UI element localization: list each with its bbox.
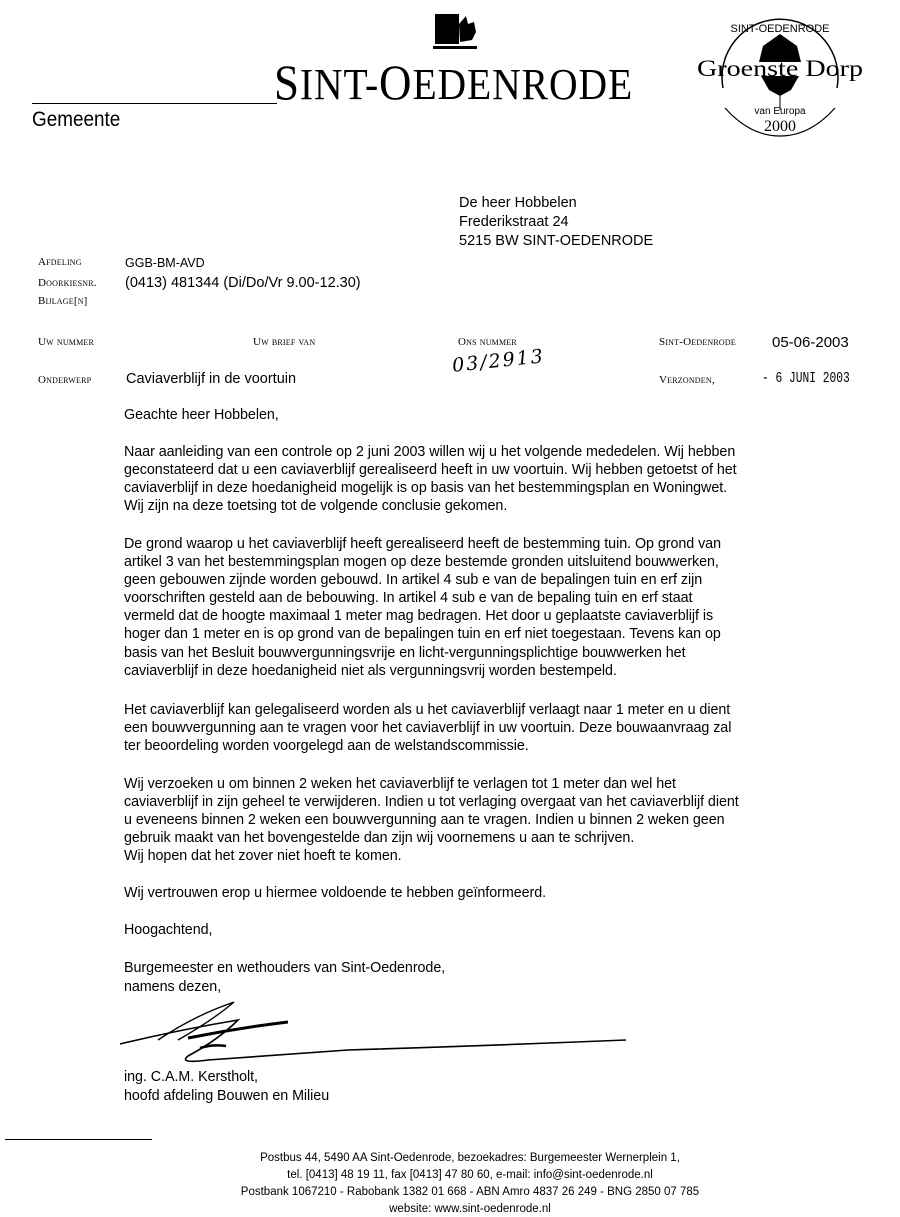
paragraph-3: Het caviaverblijf kan gelegaliseerd word… xyxy=(124,701,864,755)
uw-nummer-label: Uw nummer xyxy=(38,336,94,348)
text-line: Wij verzoeken u om binnen 2 weken het ca… xyxy=(124,775,864,793)
signatory-organisation: Burgemeester en wethouders van Sint-Oede… xyxy=(124,959,864,996)
text-line: een bouwvergunning aan te vragen voor he… xyxy=(124,719,864,737)
text-line: u eveneens binnen 2 weken een bouwvergun… xyxy=(124,811,864,829)
text-line: caviaverblijf in zijn geheel te verwijde… xyxy=(124,793,864,811)
text-line: geen gebouwen zijnde worden gebouwd. In … xyxy=(124,571,864,589)
salutation: Geachte heer Hobbelen, xyxy=(124,406,864,424)
text-line: artikel 3 van het bestemmingsplan mogen … xyxy=(124,553,864,571)
municipality-subtitle: Gemeente xyxy=(32,108,120,132)
place-label: Sint-Oedenrode xyxy=(659,336,736,348)
uw-brief-van-label: Uw brief van xyxy=(253,336,315,348)
ons-nummer-handwritten: 03/2913 xyxy=(451,345,546,377)
letter-date: 05-06-2003 xyxy=(772,334,849,351)
footer-bank-accounts: Postbank 1067210 - Rabobank 1382 01 668 … xyxy=(190,1184,750,1201)
text-line: hoofd afdeling Bouwen en Milieu xyxy=(124,1087,864,1106)
paragraph-5: Wij vertrouwen erop u hiermee voldoende … xyxy=(124,884,864,902)
header-rule xyxy=(32,103,277,104)
signatory-name: ing. C.A.M. Kerstholt, hoofd afdeling Bo… xyxy=(124,1068,864,1105)
doorkiesnr-label: Doorkiesnr. xyxy=(38,277,97,289)
text-line: voorschriften gesteld aan de bebouwing. … xyxy=(124,589,864,607)
text-line: Wij vertrouwen erop u hiermee voldoende … xyxy=(124,884,864,902)
verzonden-label: Verzonden, xyxy=(659,374,715,386)
text-line: vermeld dat de hoogte maximaal 1 meter m… xyxy=(124,607,864,625)
doorkiesnr-value: (0413) 481344 (Di/Do/Vr 9.00-12.30) xyxy=(125,275,361,291)
onderwerp-label: Onderwerp xyxy=(38,374,91,386)
text-line: Naar aanleiding van een controle op 2 ju… xyxy=(124,443,864,461)
text-line: caviaverblijf in deze hoedanigheid mogel… xyxy=(124,479,864,497)
paragraph-1: Naar aanleiding van een controle op 2 ju… xyxy=(124,443,864,515)
text-line: Burgemeester en wethouders van Sint-Oede… xyxy=(124,959,864,978)
paragraph-2: De grond waarop u het caviaverblijf heef… xyxy=(124,535,864,680)
recipient-name: De heer Hobbelen xyxy=(459,194,653,213)
afdeling-label: Afdeling xyxy=(38,256,82,268)
svg-text:van Europa: van Europa xyxy=(754,106,806,117)
paragraph-4: Wij verzoeken u om binnen 2 weken het ca… xyxy=(124,775,864,865)
svg-text:Groenste Dorp: Groenste Dorp xyxy=(697,56,863,81)
text-line: gebruik maakt van het bovengestelde dan … xyxy=(124,829,864,847)
svg-text:SINT-OEDENRODE: SINT-OEDENRODE xyxy=(730,23,829,35)
text-line: ter beoordeling worden voorgelegd aan de… xyxy=(124,737,864,755)
text-line: caviaverblijf in deze hoedanigheid niet … xyxy=(124,662,864,680)
recipient-address: De heer Hobbelen Frederikstraat 24 5215 … xyxy=(459,194,653,251)
footer-phone-email: tel. [0413] 48 19 11, fax [0413] 47 80 6… xyxy=(190,1167,750,1184)
closing: Hoogachtend, xyxy=(124,921,864,939)
bijlagen-label: Bijlage[n] xyxy=(38,295,88,307)
svg-text:2000: 2000 xyxy=(764,118,796,135)
text-line: ing. C.A.M. Kerstholt, xyxy=(124,1068,864,1087)
recipient-city: 5215 BW SINT-OEDENRODE xyxy=(459,232,653,251)
afdeling-value: GGB-BM-AVD xyxy=(125,256,205,270)
text-line: Wij hopen dat het zover niet hoeft te ko… xyxy=(124,847,864,865)
onderwerp-value: Caviaverblijf in de voortuin xyxy=(126,371,296,387)
municipality-title: SINT-OEDENRODE xyxy=(274,58,633,109)
text-line: geconstateerd dat u een caviaverblijf ge… xyxy=(124,461,864,479)
text-line: hoger dan 1 meter en is op grond van de … xyxy=(124,625,864,643)
handwritten-signature-icon xyxy=(118,1000,628,1065)
footer-rule xyxy=(5,1139,152,1140)
text-line: De grond waarop u het caviaverblijf heef… xyxy=(124,535,864,553)
municipal-crest-icon xyxy=(430,10,482,52)
footer-contact: Postbus 44, 5490 AA Sint-Oedenrode, bezo… xyxy=(190,1150,750,1217)
text-line: Het caviaverblijf kan gelegaliseerd word… xyxy=(124,701,864,719)
footer-website: website: www.sint-oedenrode.nl xyxy=(190,1201,750,1217)
verzonden-stamp: - 6 JUNI 2003 xyxy=(762,370,850,387)
footer-address: Postbus 44, 5490 AA Sint-Oedenrode, bezo… xyxy=(190,1150,750,1167)
groenste-dorp-stamp-icon: SINT-OEDENRODE Groenste Dorp van Europa … xyxy=(695,18,865,138)
text-line: Wij zijn na deze toetsing tot de volgend… xyxy=(124,497,864,515)
text-line: basis van het Besluit bouwvergunningsvri… xyxy=(124,644,864,662)
recipient-street: Frederikstraat 24 xyxy=(459,213,653,232)
text-line: namens dezen, xyxy=(124,978,864,997)
ons-nummer-label: Ons nummer xyxy=(458,336,517,348)
